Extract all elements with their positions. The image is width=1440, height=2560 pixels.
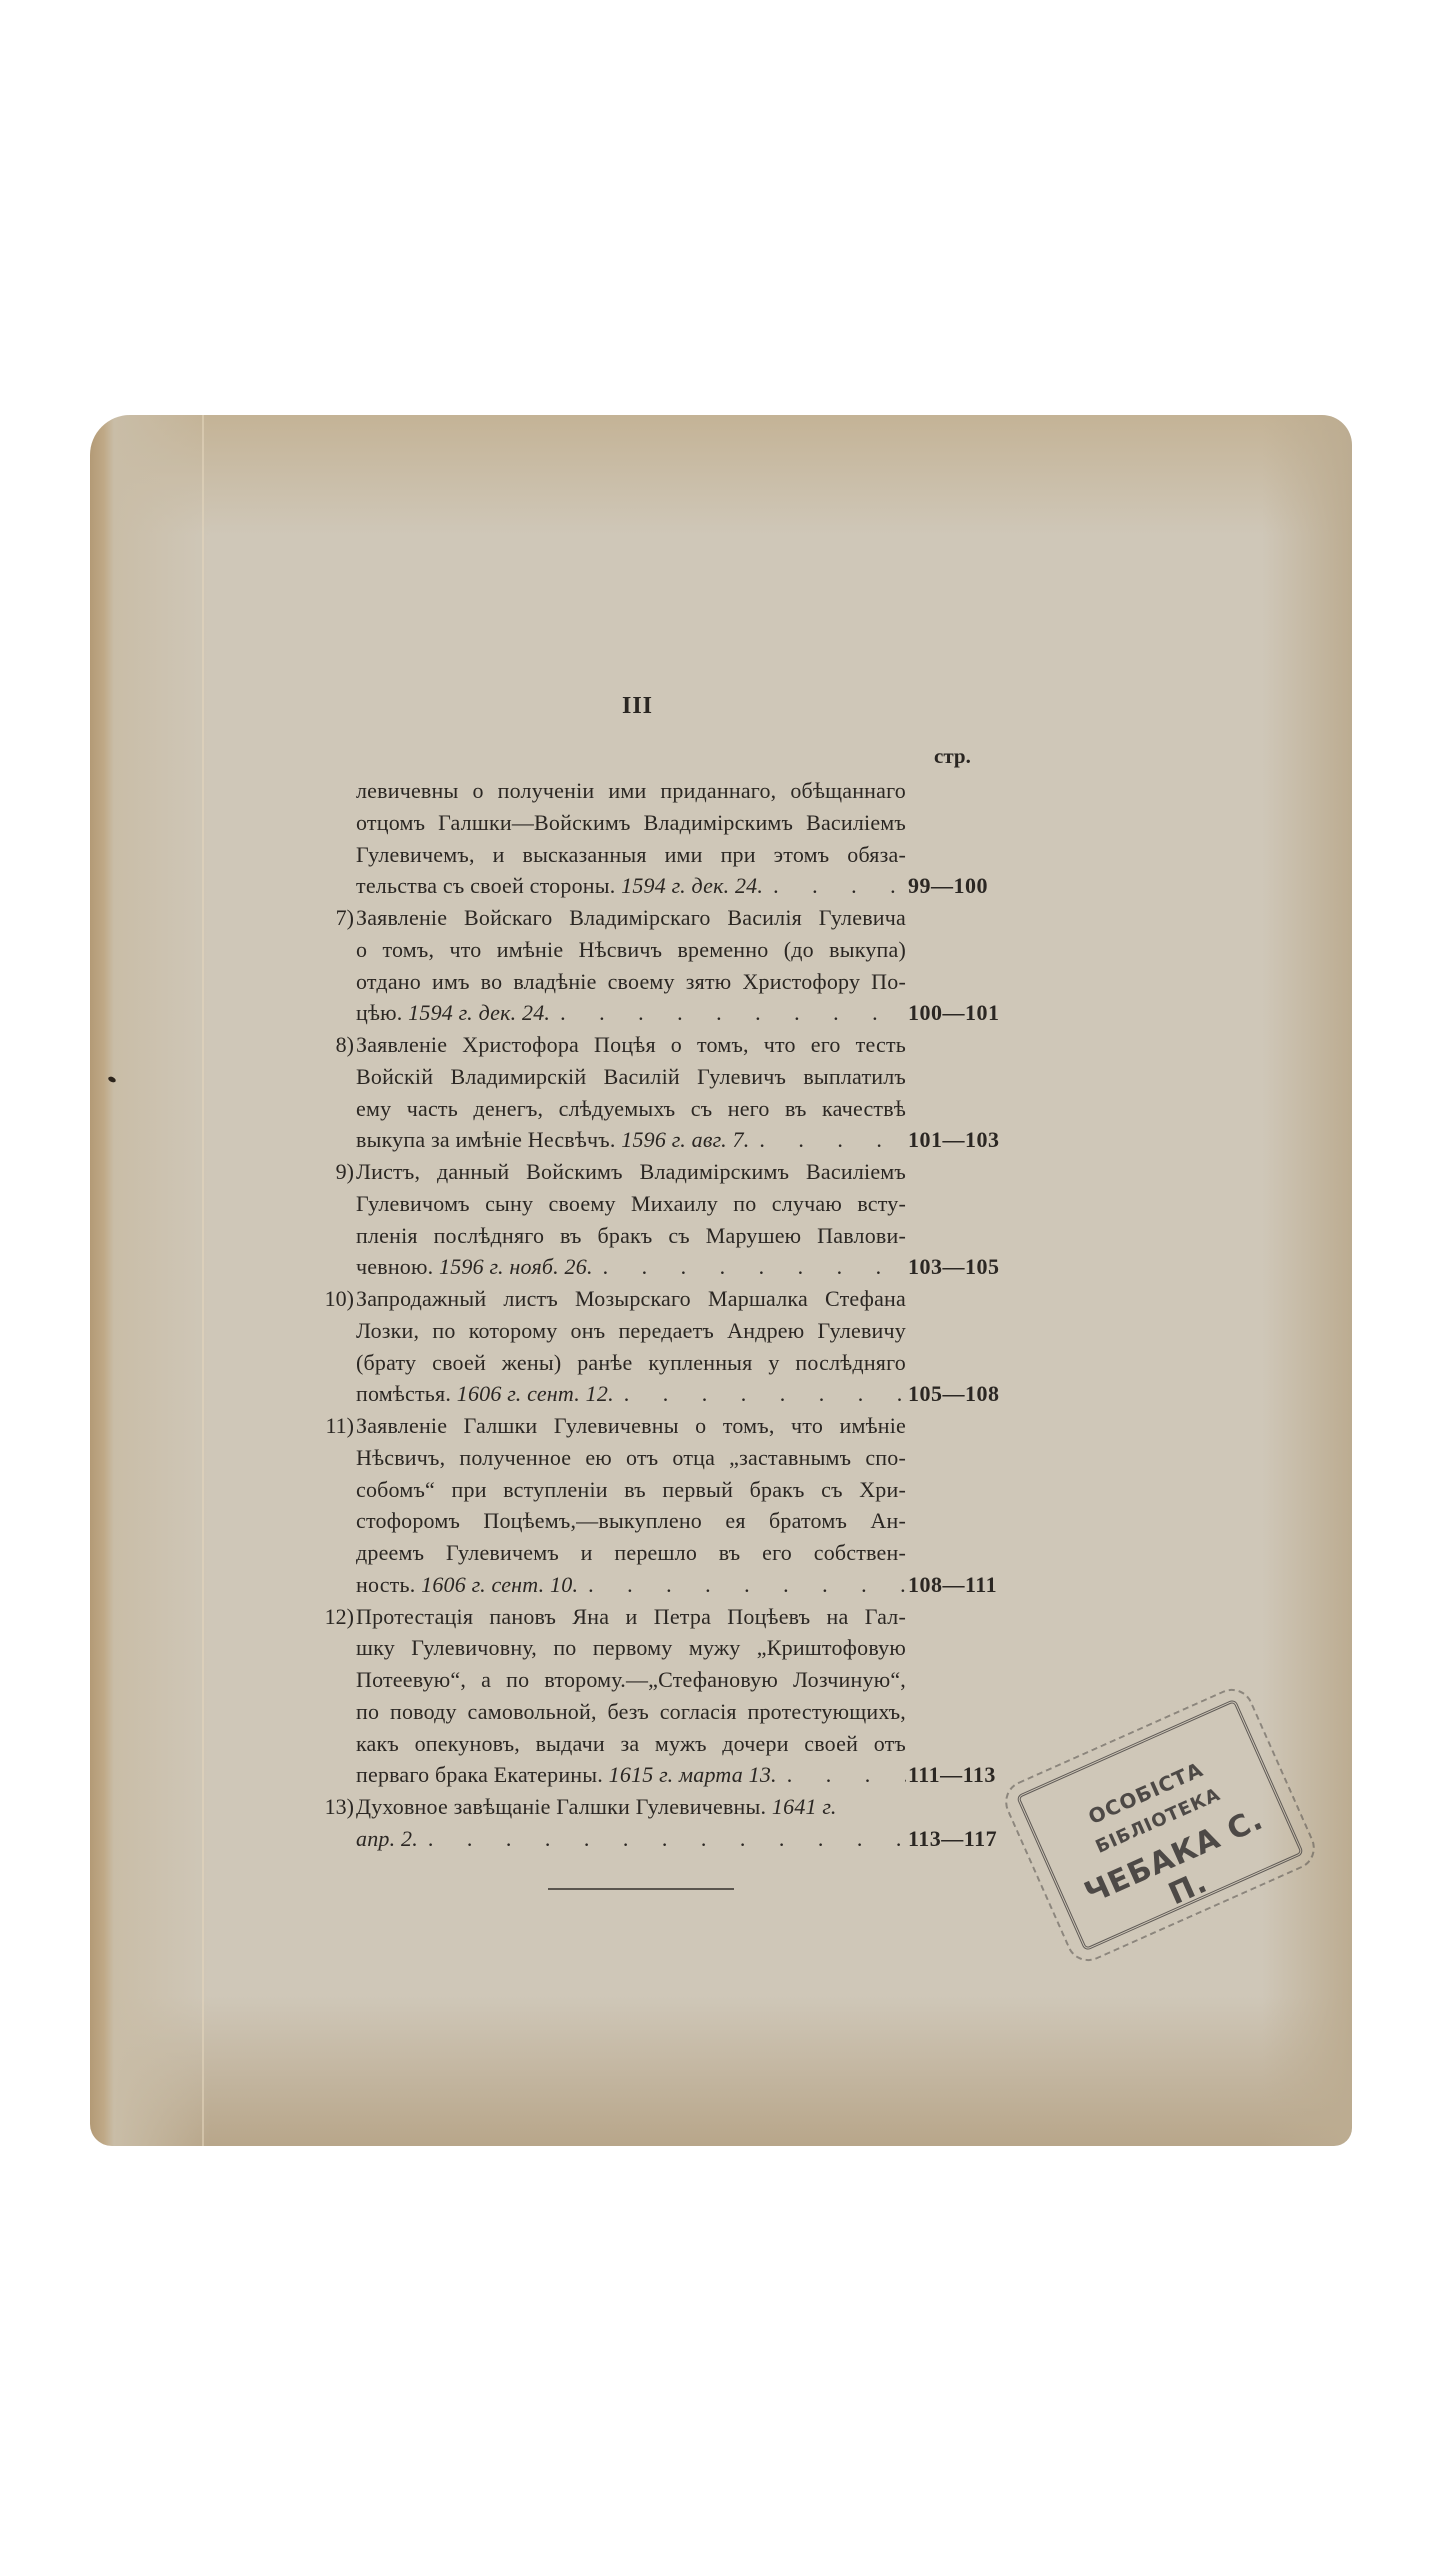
entry-date: 1596 г. нояб. 26. (439, 1254, 593, 1279)
leader-dots: . . . . . . . . . . . . . . . . . . . . … (614, 1378, 906, 1410)
entry-text-with-date: цѣю. 1594 г. дек. 24.. . . . . . . . . .… (356, 997, 906, 1029)
toc-line: левичевны о полученіи ими приданнаго, об… (310, 775, 1090, 807)
toc-line: 11)Заявленіе Галшки Гулевичевны о томъ, … (310, 1410, 1090, 1442)
entry-text: Запродажный листъ Мозырскаго Маршалка Ст… (356, 1283, 906, 1315)
toc-line: Нѣсвичъ, полученное ею отъ отца „заставн… (310, 1442, 1090, 1474)
toc-line: 10)Запродажный листъ Мозырскаго Маршалка… (310, 1283, 1090, 1315)
entry-text: какъ опекуновъ, выдачи за мужъ дочери св… (356, 1728, 906, 1760)
toc-line: чевною. 1596 г. нояб. 26.. . . . . . . .… (310, 1251, 1090, 1283)
entry-text: перваго брака Екатерины. (356, 1762, 603, 1787)
toc-line: отдано имъ во владѣніе своему зятю Христ… (310, 966, 1090, 998)
entry-text: Заявленіе Галшки Гулевичевны о томъ, что… (356, 1410, 906, 1442)
entry-number: 11) (310, 1410, 354, 1442)
toc-line: цѣю. 1594 г. дек. 24.. . . . . . . . . .… (310, 997, 1090, 1029)
leader-dots: . . . . . . . . . . . . . . . . . . . . … (578, 1569, 906, 1601)
entry-text: помѣстья. (356, 1381, 451, 1406)
entry-date: 1594 г. дек. 24. (408, 1000, 550, 1025)
entry-number: 8) (310, 1029, 354, 1061)
entry-text: шку Гулевичовну, по первому мужу „Кришто… (356, 1632, 906, 1664)
toc-line: Гулевичемъ, и высказанныя ими при этомъ … (310, 839, 1090, 871)
entry-text: о томъ, что имѣніе Нѣсвичъ временно (до … (356, 934, 906, 966)
entry-date: 1596 г. авг. 7. (621, 1127, 749, 1152)
page-range: 113—117 (908, 1823, 1008, 1855)
entry-text-with-date: Духовное завѣщаніе Галшки Гулевичевны. 1… (356, 1791, 906, 1823)
table-of-contents: левичевны о полученіи ими приданнаго, об… (310, 775, 1090, 1855)
entry-text: собомъ“ при вступленіи въ первый бракъ с… (356, 1474, 906, 1506)
entry-text: левичевны о полученіи ими приданнаго, об… (356, 775, 906, 807)
toc-line: пленія послѣдняго въ бракъ съ Марушею Па… (310, 1220, 1090, 1252)
entry-text: Заявленіе Войскаго Владимірскаго Василія… (356, 902, 906, 934)
entry-text-with-date: апр. 2.. . . . . . . . . . . . . . . . .… (356, 1823, 906, 1855)
entry-text-with-date: ность. 1606 г. сент. 10.. . . . . . . . … (356, 1569, 906, 1601)
entry-text: Потеевую“, а по второму.—„Стефановую Лоз… (356, 1664, 906, 1696)
toc-line: помѣстья. 1606 г. сент. 12.. . . . . . .… (310, 1378, 1090, 1410)
entry-date: 1641 г. (772, 1794, 837, 1819)
entry-date: 1594 г. дек. 24. (621, 873, 763, 898)
entry-text: Гулевичомъ сыну своему Михаилу по случаю… (356, 1188, 906, 1220)
leader-dots: . . . . . . . . . . . . . . . . . . . . … (550, 997, 906, 1029)
entry-date: 1615 г. марта 13. (609, 1762, 777, 1787)
leader-dots: . . . . . . . . . . . . . . . . . . . . … (749, 1124, 906, 1156)
entry-text: Протестація пановъ Яна и Петра Поцѣевъ н… (356, 1601, 906, 1633)
toc-line: собомъ“ при вступленіи въ первый бракъ с… (310, 1474, 1090, 1506)
entry-text: пленія послѣдняго въ бракъ съ Марушею Па… (356, 1220, 906, 1252)
entry-date: 1606 г. сент. 12. (457, 1381, 614, 1406)
toc-line: шку Гулевичовну, по первому мужу „Кришто… (310, 1632, 1090, 1664)
entry-text-with-date: помѣстья. 1606 г. сент. 12.. . . . . . .… (356, 1378, 906, 1410)
toc-line: (брату своей жены) ранѣе купленныя у пос… (310, 1347, 1090, 1379)
entry-text: Нѣсвичъ, полученное ею отъ отца „заставн… (356, 1442, 906, 1474)
toc-line: ность. 1606 г. сент. 10.. . . . . . . . … (310, 1569, 1090, 1601)
entry-text: (брату своей жены) ранѣе купленныя у пос… (356, 1347, 906, 1379)
entry-text-with-date: тельства съ своей стороны. 1594 г. дек. … (356, 870, 906, 902)
toc-line: Лозки, по которому онъ передаетъ Андрею … (310, 1315, 1090, 1347)
toc-line: 7)Заявленіе Войскаго Владимірскаго Васил… (310, 902, 1090, 934)
entry-text: тельства съ своей стороны. (356, 873, 615, 898)
page-range: 100—101 (908, 997, 1008, 1029)
toc-line: отцомъ Галшки—Войскимъ Владимірскимъ Вас… (310, 807, 1090, 839)
leader-dots: . . . . . . . . . . . . . . . . . . . . … (777, 1759, 906, 1791)
closing-rule-divider (548, 1888, 734, 1890)
entry-text: ность. (356, 1572, 415, 1597)
entry-text: Гулевичемъ, и высказанныя ими при этомъ … (356, 839, 906, 871)
page-range: 101—103 (908, 1124, 1008, 1156)
entry-text: по поводу самовольной, безъ согласія про… (356, 1696, 906, 1728)
toc-line: о томъ, что имѣніе Нѣсвичъ временно (до … (310, 934, 1090, 966)
page-range: 103—105 (908, 1251, 1008, 1283)
page-range: 108—111 (908, 1569, 1008, 1601)
entry-text: отдано имъ во владѣніе своему зятю Христ… (356, 966, 906, 998)
toc-line: ему часть денегъ, слѣдуемыхъ съ него въ … (310, 1093, 1090, 1125)
page-number-roman: III (622, 693, 653, 720)
page-fold-edge (202, 415, 204, 2146)
toc-line: апр. 2.. . . . . . . . . . . . . . . . .… (310, 1823, 1090, 1855)
entry-date: 1606 г. сент. 10. (421, 1572, 578, 1597)
toc-line: стофоромъ Поцѣемъ,—выкуплено ея братомъ … (310, 1505, 1090, 1537)
leader-dots: . . . . . . . . . . . . . . . . . . . . … (593, 1251, 906, 1283)
entry-number: 7) (310, 902, 354, 934)
entry-text: Войскій Владимирскій Василій Гулевичъ вы… (356, 1061, 906, 1093)
entry-number: 12) (310, 1601, 354, 1633)
page-range: 105—108 (908, 1378, 1008, 1410)
entry-text-with-date: выкупа за имѣніе Несвѣчъ. 1596 г. авг. 7… (356, 1124, 906, 1156)
entry-text: Лозки, по которому онъ передаетъ Андрею … (356, 1315, 906, 1347)
leader-dots: . . . . . . . . . . . . . . . . . . . . … (763, 870, 906, 902)
entry-number: 9) (310, 1156, 354, 1188)
toc-line: 12)Протестація пановъ Яна и Петра Поцѣев… (310, 1601, 1090, 1633)
entry-text: ему часть денегъ, слѣдуемыхъ съ него въ … (356, 1093, 906, 1125)
entry-text: чевною. (356, 1254, 433, 1279)
toc-line: Гулевичомъ сыну своему Михаилу по случаю… (310, 1188, 1090, 1220)
entry-text: дреемъ Гулевичемъ и перешло въ его собст… (356, 1537, 906, 1569)
entry-text-with-date: чевною. 1596 г. нояб. 26.. . . . . . . .… (356, 1251, 906, 1283)
toc-line: по поводу самовольной, безъ согласія про… (310, 1696, 1090, 1728)
toc-line: 9)Листъ, данный Войскимъ Владимірскимъ В… (310, 1156, 1090, 1188)
entry-text: стофоромъ Поцѣемъ,—выкуплено ея братомъ … (356, 1505, 906, 1537)
toc-line: выкупа за имѣніе Несвѣчъ. 1596 г. авг. 7… (310, 1124, 1090, 1156)
leader-dots: . . . . . . . . . . . . . . . . . . . . … (418, 1823, 906, 1855)
entry-text: отцомъ Галшки—Войскимъ Владимірскимъ Вас… (356, 807, 906, 839)
page-range: 111—113 (908, 1759, 1008, 1791)
entry-number: 10) (310, 1283, 354, 1315)
page-range: 99—100 (908, 870, 1008, 902)
toc-line: тельства съ своей стороны. 1594 г. дек. … (310, 870, 1090, 902)
pages-column-header: стр. (934, 744, 971, 769)
entry-text: Заявленіе Христофора Поцѣя о томъ, что е… (356, 1029, 906, 1061)
toc-line: 8)Заявленіе Христофора Поцѣя о томъ, что… (310, 1029, 1090, 1061)
entry-text: цѣю. (356, 1000, 402, 1025)
toc-line: Потеевую“, а по второму.—„Стефановую Лоз… (310, 1664, 1090, 1696)
entry-date: апр. 2. (356, 1826, 418, 1851)
toc-line: перваго брака Екатерины. 1615 г. марта 1… (310, 1759, 1090, 1791)
toc-line: дреемъ Гулевичемъ и перешло въ его собст… (310, 1537, 1090, 1569)
toc-line: какъ опекуновъ, выдачи за мужъ дочери св… (310, 1728, 1090, 1760)
entry-text: выкупа за имѣніе Несвѣчъ. (356, 1127, 616, 1152)
entry-text: Листъ, данный Войскимъ Владимірскимъ Вас… (356, 1156, 906, 1188)
entry-number: 13) (310, 1791, 354, 1823)
toc-line: Войскій Владимирскій Василій Гулевичъ вы… (310, 1061, 1090, 1093)
toc-line: 13)Духовное завѣщаніе Галшки Гулевичевны… (310, 1791, 1090, 1823)
entry-text: Духовное завѣщаніе Галшки Гулевичевны. (356, 1794, 766, 1819)
entry-text-with-date: перваго брака Екатерины. 1615 г. марта 1… (356, 1759, 906, 1791)
